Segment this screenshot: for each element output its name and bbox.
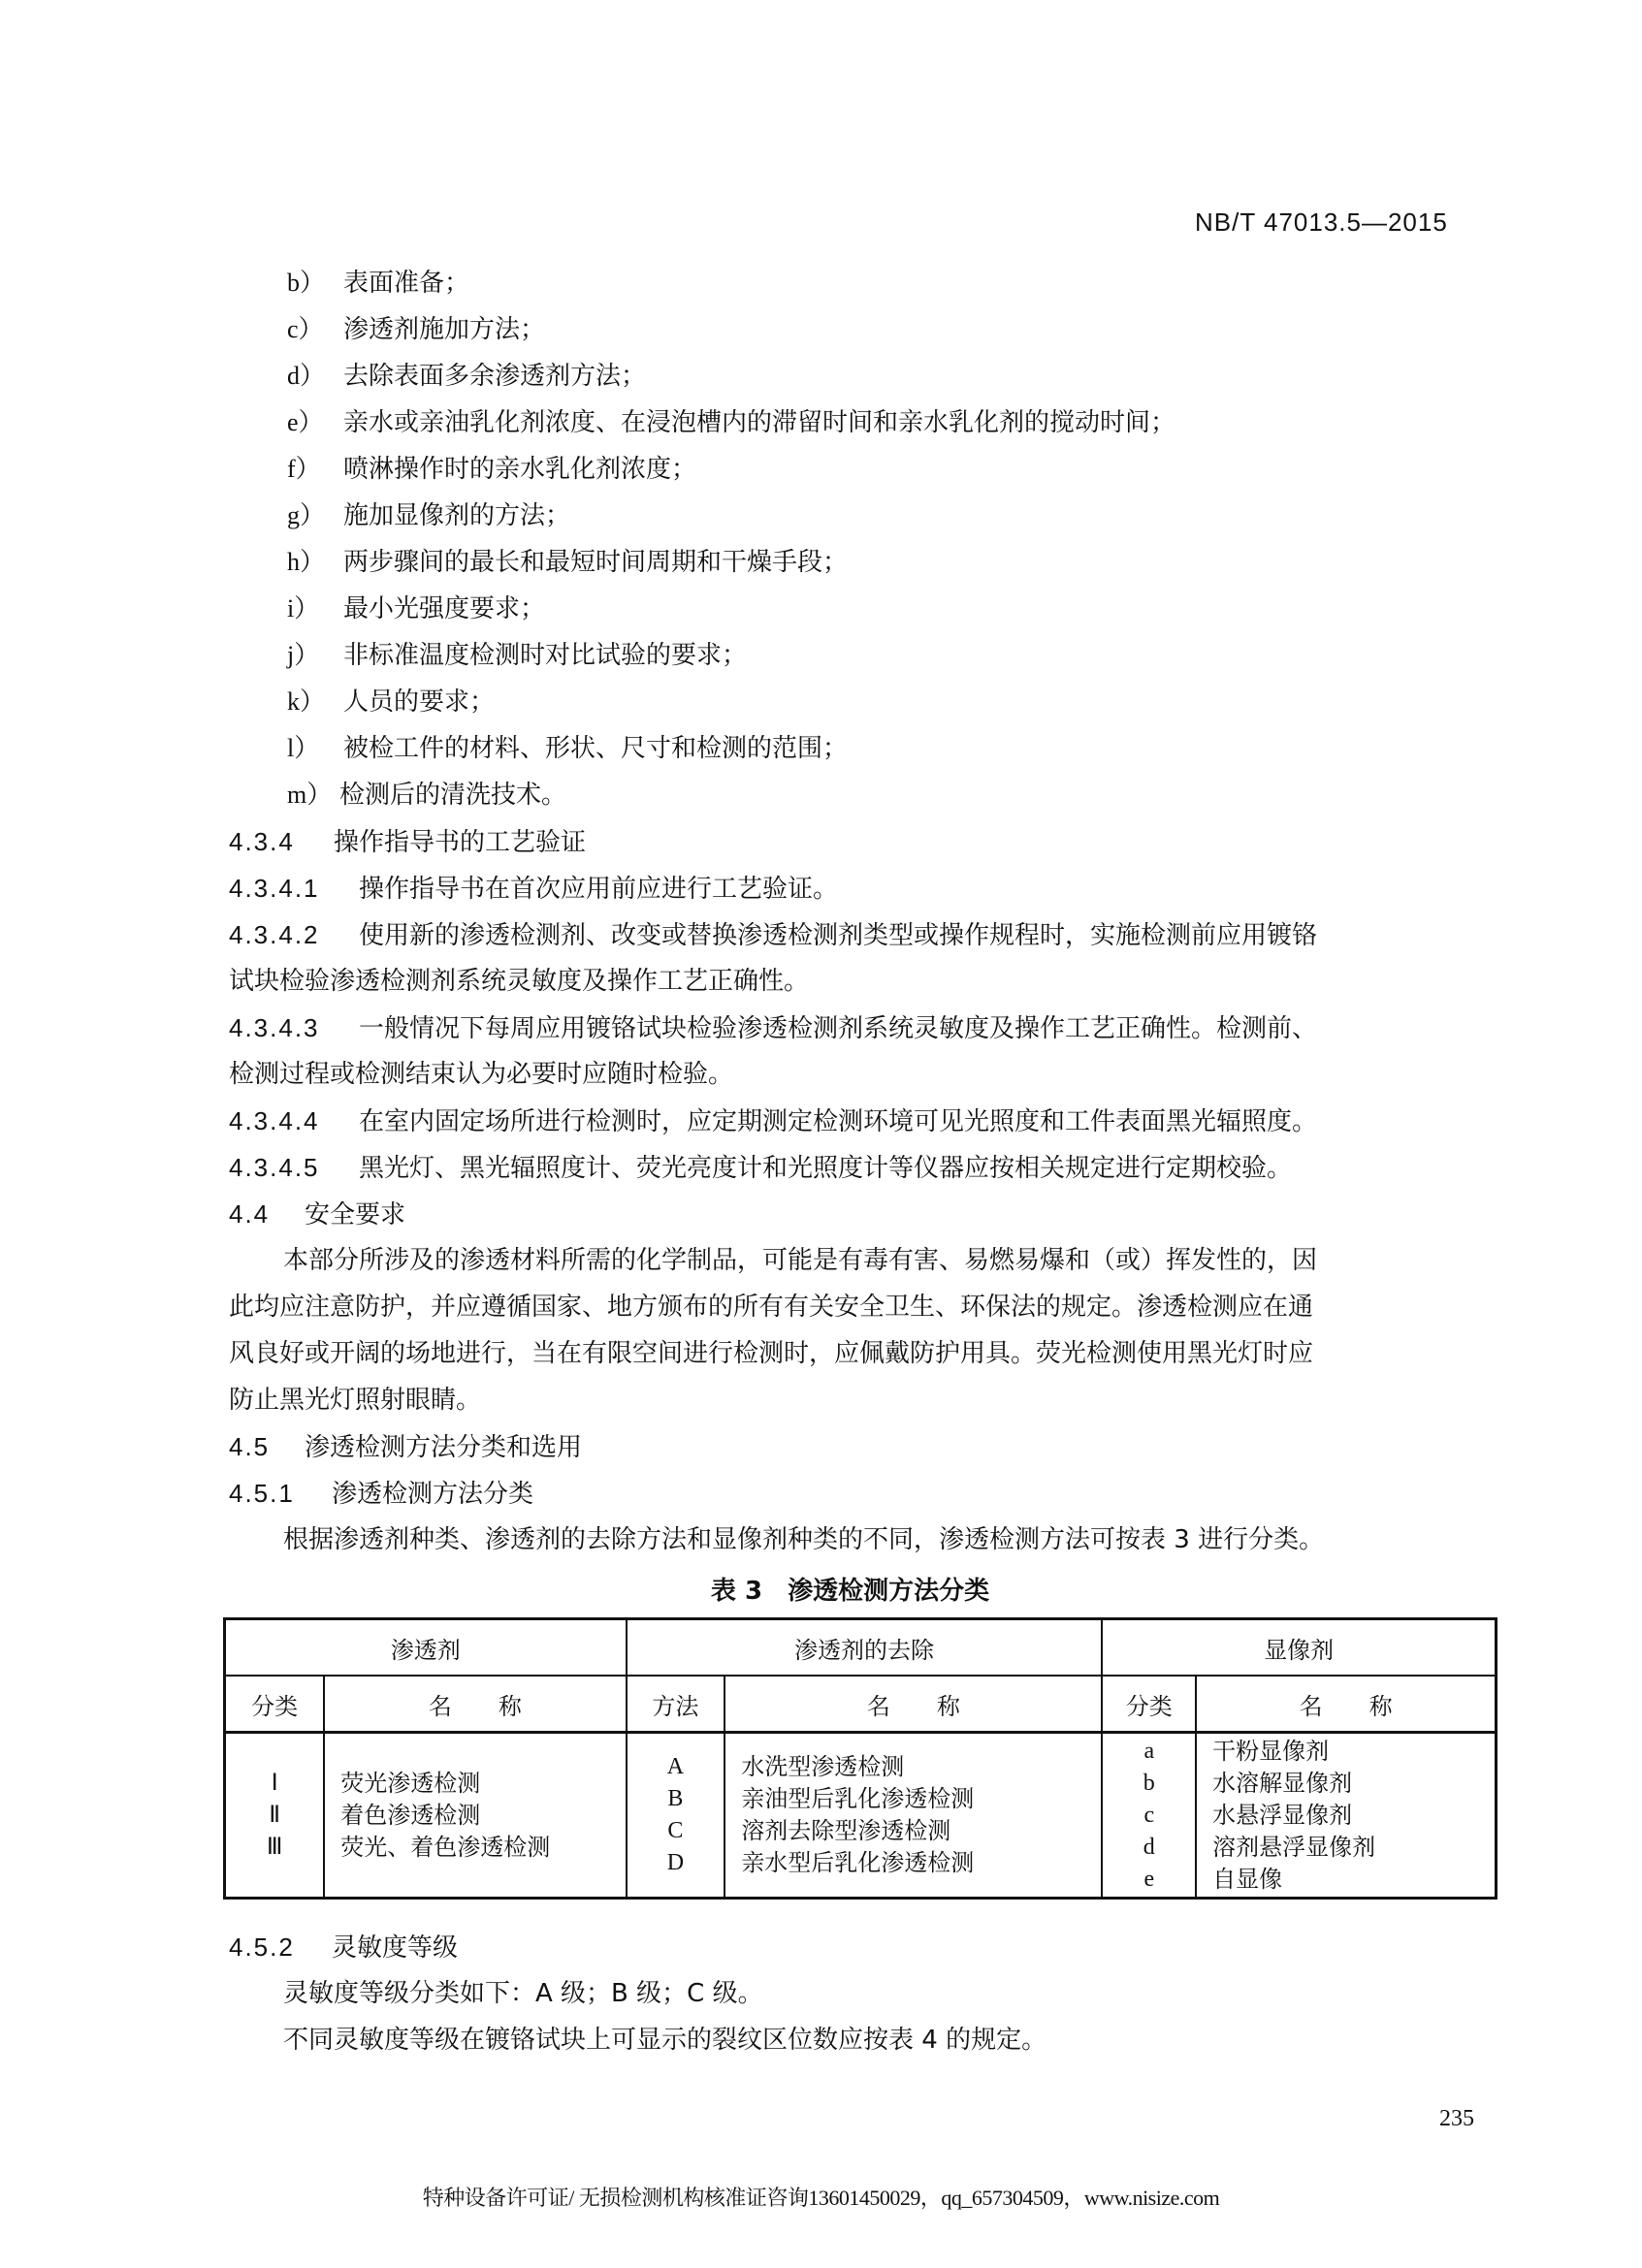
- list-text: 渗透剂施加方法；: [343, 315, 545, 344]
- list-label: l）: [287, 733, 343, 764]
- clause-4-3-4-2: 4.3.4.2使用新的渗透检测剂、改变或替换渗透检测剂类型或操作规程时，实施检测…: [229, 919, 1317, 951]
- paragraph-safety-line4: 防止黑光灯照射眼睛。: [229, 1385, 481, 1416]
- list-label: e）: [287, 407, 343, 438]
- list-item: i）最小光强度要求；: [287, 593, 545, 624]
- list-label: g）: [287, 500, 343, 531]
- list-item: j）非标准温度检测时对比试验的要求；: [287, 640, 747, 671]
- list-item: h）两步骤间的最长和最短时间周期和干燥手段；: [287, 547, 848, 578]
- group-header-penetrant: 渗透剂: [225, 1619, 627, 1677]
- list-text: 两步骤间的最长和最短时间周期和干燥手段；: [343, 548, 848, 577]
- list-item: k）人员的要求；: [287, 687, 495, 718]
- list-item: m）检测后的清洗技术。: [287, 780, 566, 811]
- group-header-developer: 显像剂: [1102, 1619, 1496, 1677]
- list-text: 亲水或亲油乳化剂浓度、在浸泡槽内的滞留时间和亲水乳化剂的搅动时间；: [343, 408, 1175, 437]
- page-number: 235: [1439, 2106, 1474, 2132]
- column-header: 分类: [225, 1676, 325, 1733]
- paragraph-4-5-2-line1: 灵敏度等级分类如下：A 级；B 级；C 级。: [283, 1978, 763, 2009]
- list-label: f）: [287, 454, 343, 485]
- list-text: 人员的要求；: [343, 687, 495, 717]
- column-header: 名 称: [1196, 1676, 1496, 1733]
- paragraph-safety-line3: 风良好或开阔的场地进行，当在有限空间进行检测时，应佩戴防护用具。荧光检测使用黑光…: [229, 1338, 1313, 1369]
- column-header: 分类: [1102, 1676, 1196, 1733]
- footer-watermark: 特种设备许可证/ 无损检测机构核准证咨询13601450029，qq_65730…: [0, 2182, 1642, 2212]
- list-item: g）施加显像剂的方法；: [287, 500, 570, 531]
- clause-4-3-4-5: 4.3.4.5黑光灯、黑光辐照度计、荧光亮度计和光照度计等仪器应按相关规定进行定…: [229, 1152, 1292, 1184]
- list-item: b）表面准备；: [287, 268, 469, 299]
- list-text: 喷淋操作时的亲水乳化剂浓度；: [343, 455, 696, 484]
- developer-codes-cell: a b c d e: [1102, 1733, 1196, 1899]
- clause-4-3-4-3-cont: 检测过程或检测结束认为必要时应随时检验。: [229, 1059, 733, 1090]
- standard-code-header: NB/T 47013.5—2015: [1195, 208, 1448, 238]
- section-heading-4-5-1: 4.5.1渗透检测方法分类: [229, 1478, 533, 1510]
- paragraph-4-5-1: 根据渗透剂种类、渗透剂的去除方法和显像剂种类的不同，渗透检测方法可按表 3 进行…: [283, 1524, 1324, 1555]
- list-label: b）: [287, 268, 343, 299]
- list-label: h）: [287, 547, 343, 578]
- section-heading-4-5: 4.5渗透检测方法分类和选用: [229, 1431, 582, 1463]
- penetrant-names-cell: 荧光渗透检测 着色渗透检测 荧光、着色渗透检测: [324, 1733, 626, 1899]
- penetrant-method-table: 渗透剂 渗透剂的去除 显像剂 分类 名 称 方法 名 称 分类 名 称 Ⅰ Ⅱ …: [223, 1617, 1497, 1900]
- list-label: i）: [287, 593, 343, 624]
- list-label: c）: [287, 314, 343, 345]
- list-label: j）: [287, 640, 343, 671]
- list-item: f）喷淋操作时的亲水乳化剂浓度；: [287, 454, 696, 485]
- group-header-removal: 渗透剂的去除: [627, 1619, 1103, 1677]
- paragraph-safety-line2: 此均应注意防护，并应遵循国家、地方颁布的所有有关安全卫生、环保法的规定。渗透检测…: [229, 1292, 1313, 1323]
- list-text: 去除表面多余渗透剂方法；: [343, 362, 646, 391]
- list-item: l）被检工件的材料、形状、尺寸和检测的范围；: [287, 733, 848, 764]
- list-label: m）: [287, 780, 339, 811]
- section-heading-4-5-2: 4.5.2灵敏度等级: [229, 1932, 458, 1964]
- clause-4-3-4-3: 4.3.4.3一般情况下每周应用镀铬试块检验渗透检测剂系统灵敏度及操作工艺正确性…: [229, 1012, 1317, 1044]
- column-header: 名 称: [724, 1676, 1102, 1733]
- list-text: 表面准备；: [343, 269, 469, 298]
- clause-4-3-4-2-cont: 试块检验渗透检测剂系统灵敏度及操作工艺正确性。: [229, 966, 809, 997]
- penetrant-codes-cell: Ⅰ Ⅱ Ⅲ: [225, 1733, 325, 1899]
- clause-4-3-4-4: 4.3.4.4在室内固定场所进行检测时，应定期测定检测环境可见光照度和工件表面黑…: [229, 1105, 1317, 1137]
- developer-names-cell: 干粉显像剂 水溶解显像剂 水悬浮显像剂 溶剂悬浮显像剂 自显像: [1196, 1733, 1496, 1899]
- section-heading-4-4: 4.4安全要求: [229, 1198, 405, 1230]
- clause-4-3-4-1: 4.3.4.1操作指导书在首次应用前应进行工艺验证。: [229, 873, 838, 905]
- removal-names-cell: 水洗型渗透检测 亲油型后乳化渗透检测 溶剂去除型渗透检测 亲水型后乳化渗透检测: [724, 1733, 1102, 1899]
- list-item: d）去除表面多余渗透剂方法；: [287, 361, 646, 392]
- list-item: e）亲水或亲油乳化剂浓度、在浸泡槽内的滞留时间和亲水乳化剂的搅动时间；: [287, 407, 1175, 438]
- paragraph-safety-line1: 本部分所涉及的渗透材料所需的化学制品，可能是有毒有害、易燃易爆和（或）挥发性的，…: [283, 1245, 1317, 1276]
- list-text: 施加显像剂的方法；: [343, 501, 570, 530]
- table-caption: 表 3 渗透检测方法分类: [0, 1571, 1642, 1607]
- removal-codes-cell: A B C D: [627, 1733, 725, 1899]
- list-text: 检测后的清洗技术。: [339, 781, 566, 810]
- column-header: 方法: [627, 1676, 725, 1733]
- section-heading-4-3-4: 4.3.4操作指导书的工艺验证: [229, 826, 586, 858]
- list-text: 最小光强度要求；: [343, 594, 545, 623]
- list-label: k）: [287, 687, 343, 718]
- list-text: 被检工件的材料、形状、尺寸和检测的范围；: [343, 734, 848, 763]
- list-text: 非标准温度检测时对比试验的要求；: [343, 641, 747, 670]
- paragraph-4-5-2-line2: 不同灵敏度等级在镀铬试块上可显示的裂纹区位数应按表 4 的规定。: [283, 2025, 1046, 2056]
- list-label: d）: [287, 361, 343, 392]
- column-header: 名 称: [324, 1676, 626, 1733]
- list-item: c）渗透剂施加方法；: [287, 314, 545, 345]
